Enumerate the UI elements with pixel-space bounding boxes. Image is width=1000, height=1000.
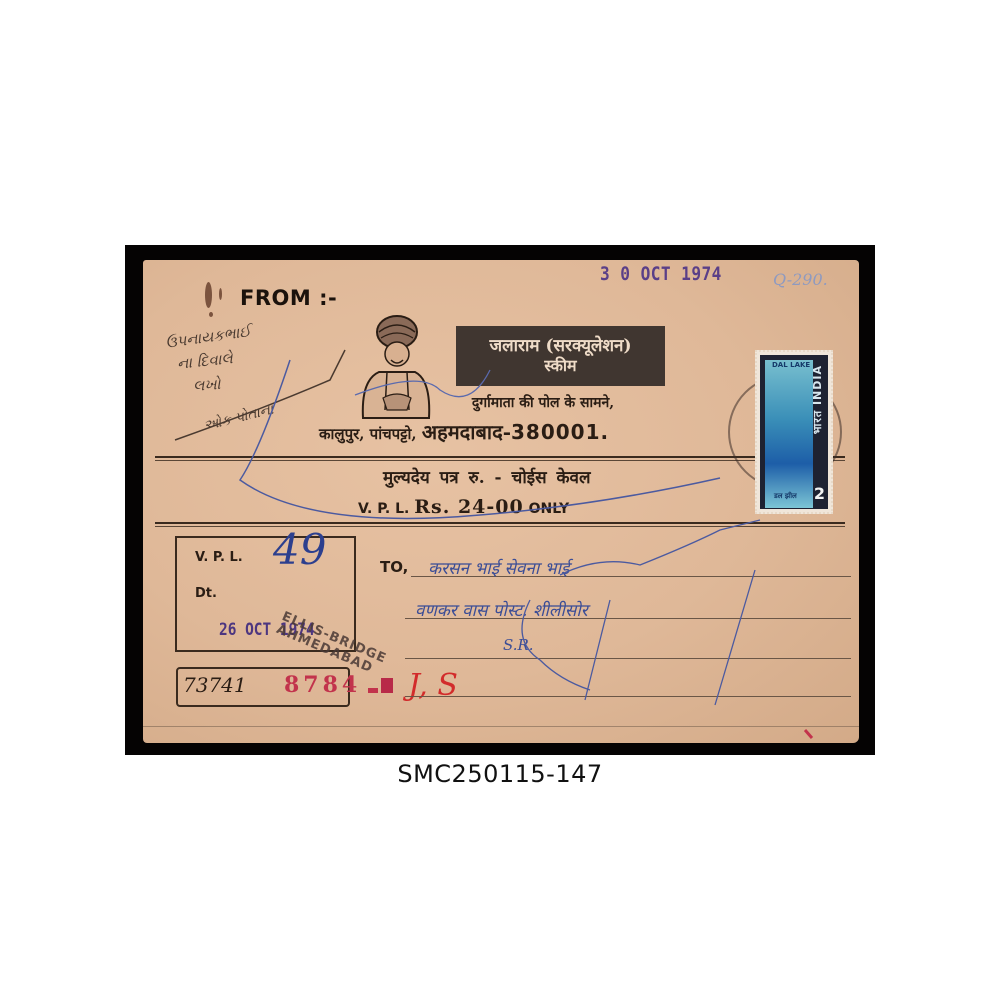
- pen-strokes: [0, 0, 1000, 1000]
- catalog-caption: SMC250115-147: [0, 760, 1000, 788]
